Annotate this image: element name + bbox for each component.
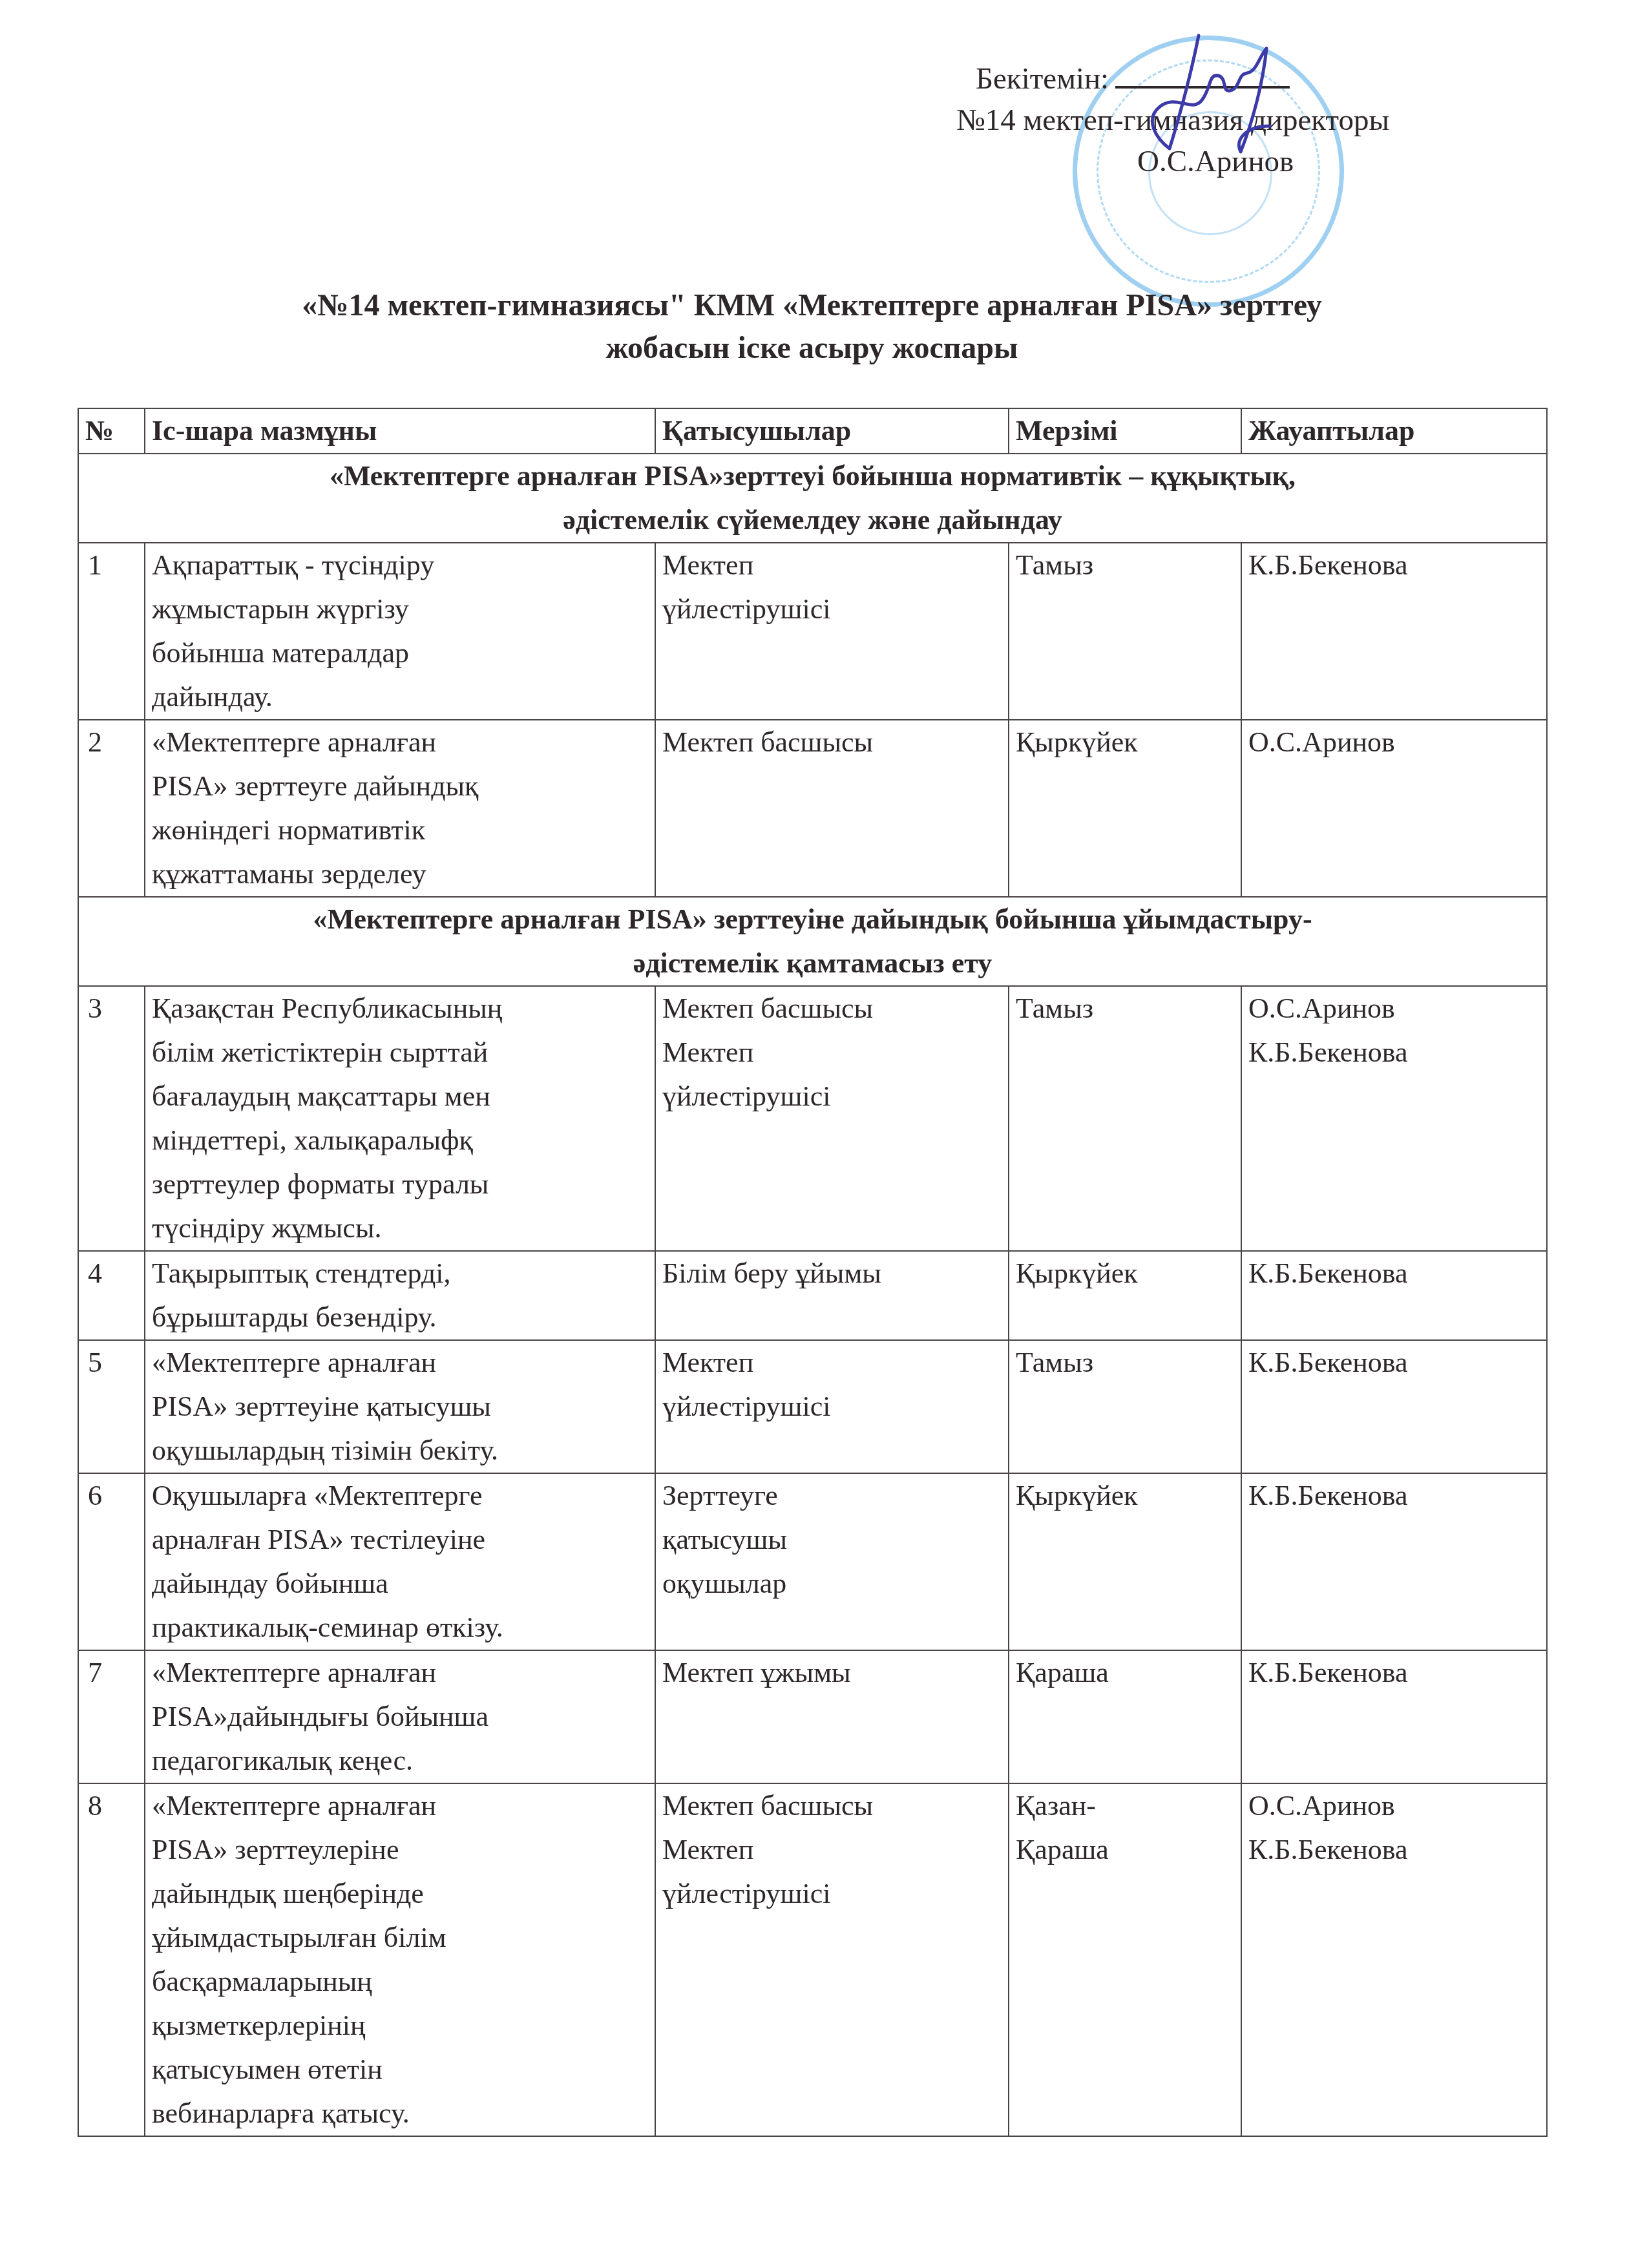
row-number: 6 xyxy=(78,1473,145,1650)
activity-line: дайындау. xyxy=(152,675,648,719)
responsible-cell: О.С.Аринов xyxy=(1241,720,1547,897)
participants-cell: Мектеп ұжымы xyxy=(655,1650,1009,1783)
activity-line: зерттеулер форматы туралы xyxy=(152,1162,648,1206)
participants-line: оқушылар xyxy=(662,1562,1002,1606)
term-cell: Қыркүйек xyxy=(1009,720,1241,897)
responsible-line: О.С.Аринов xyxy=(1248,987,1540,1031)
table-header-row: № Іс-шара мазмұны Қатысушылар Мерзімі Жа… xyxy=(78,408,1547,454)
participants-line: Мектеп xyxy=(662,1828,1002,1872)
row-number: 4 xyxy=(78,1251,145,1340)
term-cell: Қыркүйек xyxy=(1009,1251,1241,1340)
term-line: Қыркүйек xyxy=(1016,720,1234,764)
activity-line: «Мектептерге арналған xyxy=(152,720,648,764)
activity-line: «Мектептерге арналған xyxy=(152,1341,648,1385)
participants-line: Мектеп басшысы xyxy=(662,1784,1002,1828)
participants-line: Мектеп xyxy=(662,1341,1002,1385)
table-row: 7«Мектептерге арналғанPISA»дайындығы бой… xyxy=(78,1650,1547,1783)
activity-line: Ақпараттық - түсіндіру xyxy=(152,543,648,587)
section-title-line: «Мектептерге арналған PISA»зерттеуі бойы… xyxy=(98,454,1527,498)
activity-line: міндеттері, халықаралыфқ xyxy=(152,1118,648,1162)
row-number: 3 xyxy=(78,986,145,1251)
responsible-line: К.Б.Бекенова xyxy=(1248,543,1540,587)
participants-cell: Мектеп басшысыМектепүйлестірушісі xyxy=(655,1783,1009,2136)
participants-line: үйлестірушісі xyxy=(662,587,1002,631)
section-title: «Мектептерге арналған PISA»зерттеуі бойы… xyxy=(78,454,1547,543)
term-cell: Тамыз xyxy=(1009,543,1241,720)
activity-line: қатысуымен өтетін xyxy=(152,2048,648,2092)
participants-line: Мектеп xyxy=(662,543,1002,587)
responsible-line: К.Б.Бекенова xyxy=(1248,1031,1540,1075)
activity-line: бағалаудың мақсаттары мен xyxy=(152,1075,648,1118)
activity-line: жұмыстарын жүргізу xyxy=(152,587,648,631)
participants-cell: Зерттеугеқатысушыоқушылар xyxy=(655,1473,1009,1650)
activity-cell: Оқушыларға «Мектептергеарналған PISA» те… xyxy=(145,1473,655,1650)
activity-line: дайындық шеңберінде xyxy=(152,1872,648,1916)
document-title-line-2: жобасын іске асыру жоспары xyxy=(78,327,1546,370)
responsible-line: О.С.Аринов xyxy=(1248,720,1540,764)
header-activity: Іс-шара мазмұны xyxy=(145,408,655,454)
responsible-line: К.Б.Бекенова xyxy=(1248,1828,1540,1872)
activity-line: Оқушыларға «Мектептерге xyxy=(152,1474,648,1518)
participants-line: қатысушы xyxy=(662,1518,1002,1562)
participants-cell: Мектепүйлестірушісі xyxy=(655,543,1009,720)
document-title: «№14 мектеп-гимназиясы" КММ «Мектептерге… xyxy=(78,284,1546,370)
responsible-cell: К.Б.Бекенова xyxy=(1241,543,1547,720)
responsible-line: К.Б.Бекенова xyxy=(1248,1252,1540,1296)
term-line: Қараша xyxy=(1016,1828,1234,1872)
term-cell: Тамыз xyxy=(1009,1340,1241,1473)
implementation-plan-table: № Іс-шара мазмұны Қатысушылар Мерзімі Жа… xyxy=(78,408,1548,2137)
table-row: 2«Мектептерге арналғанPISA» зерттеуге да… xyxy=(78,720,1547,897)
participants-cell: Мектеп басшысы xyxy=(655,720,1009,897)
section-title-line: әдістемелік сүйемелдеу және дайындау xyxy=(98,498,1527,542)
activity-line: арналған PISA» тестілеуіне xyxy=(152,1518,648,1562)
signature-icon xyxy=(1131,29,1279,158)
header-responsible: Жауаптылар xyxy=(1241,408,1547,454)
row-number: 7 xyxy=(78,1650,145,1783)
participants-cell: Мектеп басшысыМектепүйлестірушісі xyxy=(655,986,1009,1251)
term-line: Қыркүйек xyxy=(1016,1252,1234,1296)
activity-line: «Мектептерге арналған xyxy=(152,1784,648,1828)
table-row: 5«Мектептерге арналғанPISA» зерттеуіне қ… xyxy=(78,1340,1547,1473)
document-title-line-1: «№14 мектеп-гимназиясы" КММ «Мектептерге… xyxy=(78,284,1546,327)
activity-line: PISA» зерттеулеріне xyxy=(152,1828,648,1872)
table-row: 1Ақпараттық - түсіндіружұмыстарын жүргіз… xyxy=(78,543,1547,720)
participants-line: үйлестірушісі xyxy=(662,1075,1002,1118)
activity-cell: Қазақстан Республикасыныңбілім жетістікт… xyxy=(145,986,655,1251)
activity-line: PISA»дайындығы бойынша xyxy=(152,1695,648,1739)
term-cell: Қазан-Қараша xyxy=(1009,1783,1241,2136)
section-title: «Мектептерге арналған PISA» зерттеуіне д… xyxy=(78,897,1547,986)
participants-cell: Мектепүйлестірушісі xyxy=(655,1340,1009,1473)
activity-line: Қазақстан Республикасының xyxy=(152,987,648,1031)
header-number: № xyxy=(78,408,145,454)
term-cell: Тамыз xyxy=(1009,986,1241,1251)
activity-line: вебинарларға қатысу. xyxy=(152,2092,648,2136)
term-line: Тамыз xyxy=(1016,543,1234,587)
header-term: Мерзімі xyxy=(1009,408,1241,454)
activity-line: түсіндіру жұмысы. xyxy=(152,1206,648,1250)
activity-line: «Мектептерге арналған xyxy=(152,1651,648,1695)
activity-cell: Ақпараттық - түсіндіружұмыстарын жүргізу… xyxy=(145,543,655,720)
term-line: Қазан- xyxy=(1016,1784,1234,1828)
table-row: 3Қазақстан Республикасыныңбілім жетістік… xyxy=(78,986,1547,1251)
responsible-line: К.Б.Бекенова xyxy=(1248,1474,1540,1518)
approval-label: Бекітемін: xyxy=(976,62,1109,96)
activity-line: қызметкерлерінің xyxy=(152,2004,648,2048)
responsible-cell: К.Б.Бекенова xyxy=(1241,1650,1547,1783)
participants-line: Мектеп басшысы xyxy=(662,720,1002,764)
section-header-row: «Мектептерге арналған PISA»зерттеуі бойы… xyxy=(78,454,1547,543)
participants-line: үйлестірушісі xyxy=(662,1872,1002,1916)
term-line: Қыркүйек xyxy=(1016,1474,1234,1518)
responsible-cell: К.Б.Бекенова xyxy=(1241,1251,1547,1340)
activity-line: басқармаларының xyxy=(152,1960,648,2004)
activity-line: оқушылардың тізімін бекіту. xyxy=(152,1429,648,1473)
term-cell: Қараша xyxy=(1009,1650,1241,1783)
row-number: 1 xyxy=(78,543,145,720)
activity-line: ұйымдастырылған білім xyxy=(152,1916,648,1960)
activity-line: дайындау бойынша xyxy=(152,1562,648,1606)
table-body: «Мектептерге арналған PISA»зерттеуі бойы… xyxy=(78,454,1547,2136)
activity-line: Тақырыптық стендтерді, xyxy=(152,1252,648,1296)
participants-line: Мектеп басшысы xyxy=(662,987,1002,1031)
responsible-cell: К.Б.Бекенова xyxy=(1241,1473,1547,1650)
activity-cell: «Мектептерге арналғанPISA» зерттеулеріне… xyxy=(145,1783,655,2136)
term-line: Тамыз xyxy=(1016,1341,1234,1385)
section-title-line: «Мектептерге арналған PISA» зерттеуіне д… xyxy=(98,898,1527,941)
participants-line: үйлестірушісі xyxy=(662,1385,1002,1429)
activity-line: құжаттаманы зерделеу xyxy=(152,852,648,896)
activity-line: практикалық-семинар өткізу. xyxy=(152,1606,648,1650)
participants-cell: Білім беру ұйымы xyxy=(655,1251,1009,1340)
table-row: 8«Мектептерге арналғанPISA» зерттеулерін… xyxy=(78,1783,1547,2136)
activity-line: PISA» зерттеуіне қатысушы xyxy=(152,1385,648,1429)
table-row: 4Тақырыптық стендтерді,бұрыштарды безенд… xyxy=(78,1251,1547,1340)
activity-line: педагогикалық кеңес. xyxy=(152,1739,648,1783)
term-line: Тамыз xyxy=(1016,987,1234,1031)
participants-line: Мектеп ұжымы xyxy=(662,1651,1002,1695)
activity-cell: Тақырыптық стендтерді,бұрыштарды безенді… xyxy=(145,1251,655,1340)
responsible-line: О.С.Аринов xyxy=(1248,1784,1540,1828)
activity-line: бұрыштарды безендіру. xyxy=(152,1296,648,1339)
responsible-line: К.Б.Бекенова xyxy=(1248,1651,1540,1695)
responsible-cell: О.С.АриновК.Б.Бекенова xyxy=(1241,986,1547,1251)
row-number: 2 xyxy=(78,720,145,897)
activity-cell: «Мектептерге арналғанPISA» зерттеуіне қа… xyxy=(145,1340,655,1473)
row-number: 8 xyxy=(78,1783,145,2136)
responsible-line: К.Б.Бекенова xyxy=(1248,1341,1540,1385)
activity-line: PISA» зерттеуге дайындық xyxy=(152,764,648,808)
activity-cell: «Мектептерге арналғанPISA» зерттеуге дай… xyxy=(145,720,655,897)
participants-line: Мектеп xyxy=(662,1031,1002,1075)
activity-line: бойынша матералдар xyxy=(152,631,648,675)
activity-line: жөніндегі нормативтік xyxy=(152,808,648,852)
row-number: 5 xyxy=(78,1340,145,1473)
term-cell: Қыркүйек xyxy=(1009,1473,1241,1650)
table-row: 6Оқушыларға «Мектептергеарналған PISA» т… xyxy=(78,1473,1547,1650)
activity-cell: «Мектептерге арналғанPISA»дайындығы бойы… xyxy=(145,1650,655,1783)
participants-line: Білім беру ұйымы xyxy=(662,1252,1002,1296)
term-line: Қараша xyxy=(1016,1651,1234,1695)
responsible-cell: К.Б.Бекенова xyxy=(1241,1340,1547,1473)
section-title-line: әдістемелік қамтамасыз ету xyxy=(98,941,1527,985)
header-participants: Қатысушылар xyxy=(655,408,1009,454)
activity-line: білім жетістіктерін сырттай xyxy=(152,1031,648,1075)
responsible-cell: О.С.АриновК.Б.Бекенова xyxy=(1241,1783,1547,2136)
section-header-row: «Мектептерге арналған PISA» зерттеуіне д… xyxy=(78,897,1547,986)
participants-line: Зерттеуге xyxy=(662,1474,1002,1518)
